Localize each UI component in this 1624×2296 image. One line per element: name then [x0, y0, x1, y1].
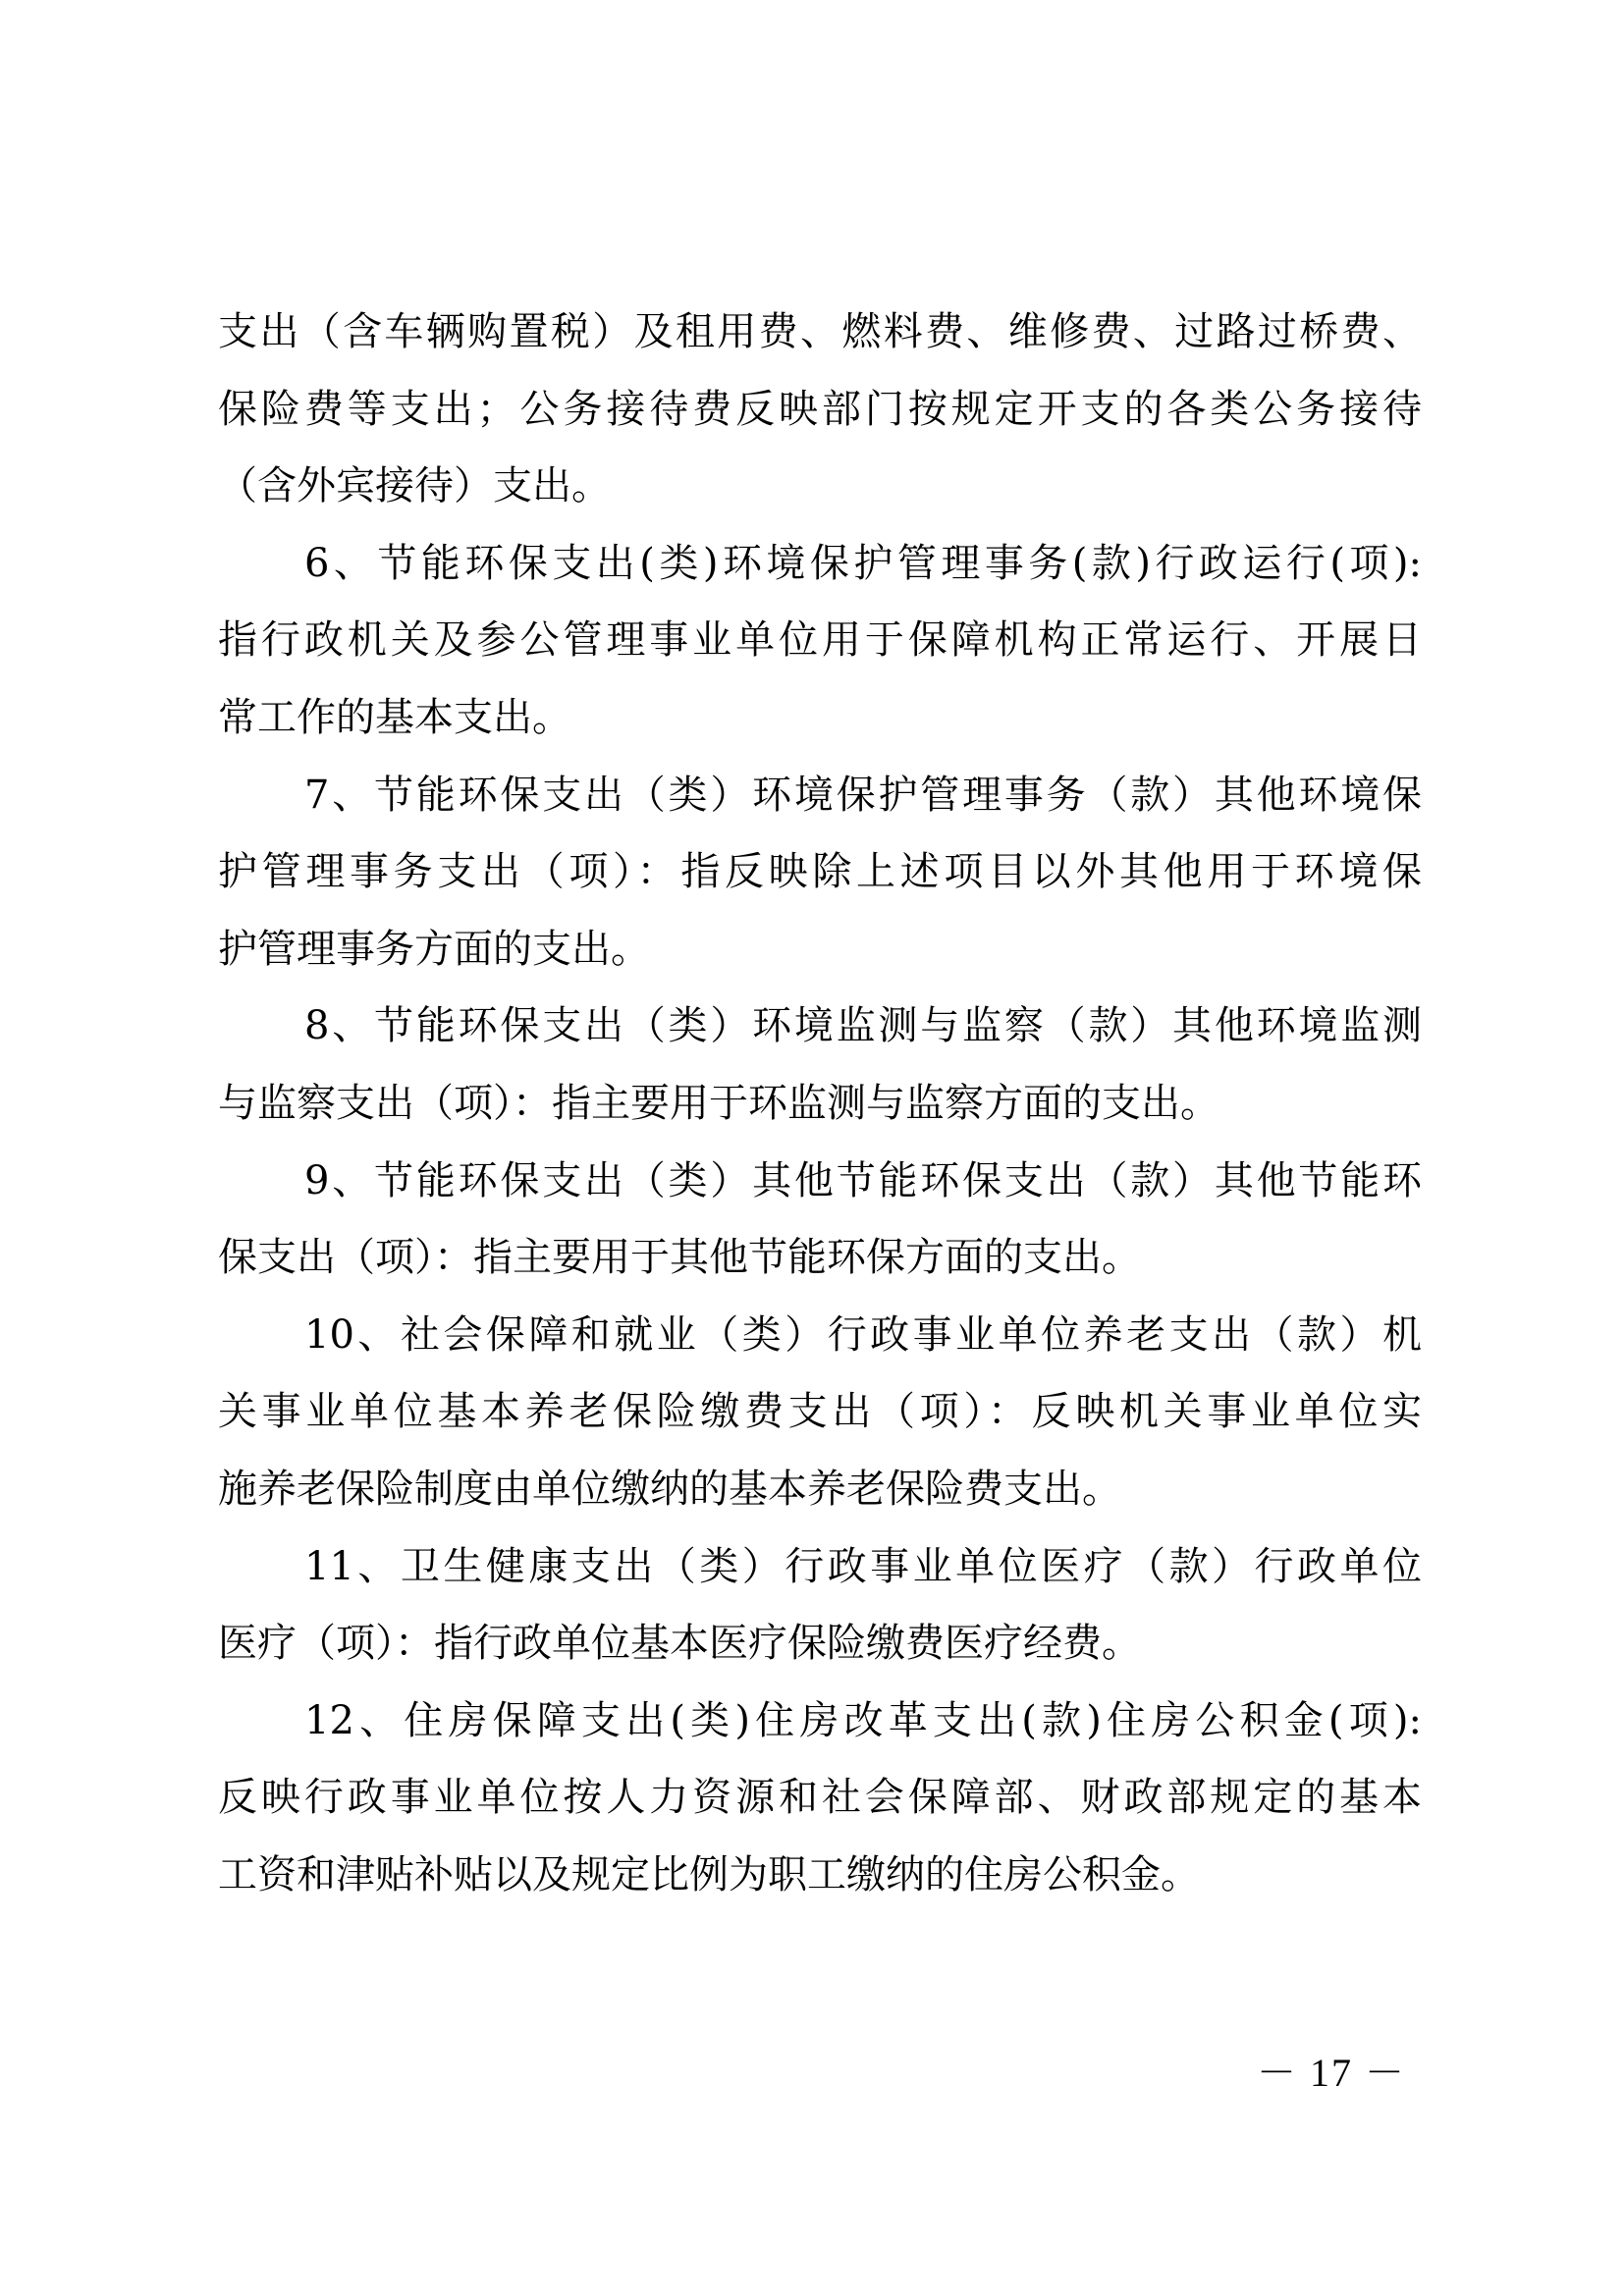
paragraph-item-7: 7、节能环保支出（类）环境保护管理事务（款）其他环境保 护管理事务支出（项）：指…	[218, 766, 1422, 997]
text-line: 与监察支出（项）：指主要用于环监测与监察方面的支出。	[218, 1074, 1422, 1151]
text-line: 护管理事务支出（项）：指反映除上述项目以外其他用于环境保	[218, 842, 1422, 920]
paragraph-item-10: 10、社会保障和就业（类）行政事业单位养老支出（款）机 关事业单位基本养老保险缴…	[218, 1306, 1422, 1537]
paragraph-item-9: 9、节能环保支出（类）其他节能环保支出（款）其他节能环 保支出（项）：指主要用于…	[218, 1151, 1422, 1306]
text-line: 保险费等支出；公务接待费反映部门按规定开支的各类公务接待	[218, 380, 1422, 457]
text-line: 保支出（项）：指主要用于其他节能环保方面的支出。	[218, 1228, 1422, 1306]
text-line: 支出（含车辆购置税）及租用费、燃料费、维修费、过路过桥费、	[218, 302, 1422, 380]
text-line: 10、社会保障和就业（类）行政事业单位养老支出（款）机	[218, 1306, 1422, 1383]
text-line: 6、节能环保支出(类)环境保护管理事务(款)行政运行(项):	[218, 534, 1422, 612]
text-line: 11、卫生健康支出（类）行政事业单位医疗（款）行政单位	[218, 1537, 1422, 1615]
text-line: 8、节能环保支出（类）环境监测与监察（款）其他环境监测	[218, 996, 1422, 1074]
text-line: 指行政机关及参公管理事业单位用于保障机构正常运行、开展日	[218, 611, 1422, 688]
text-line: 9、节能环保支出（类）其他节能环保支出（款）其他节能环	[218, 1151, 1422, 1229]
body-text: 支出（含车辆购置税）及租用费、燃料费、维修费、过路过桥费、 保险费等支出；公务接…	[218, 302, 1422, 1922]
paragraph-item-6: 6、节能环保支出(类)环境保护管理事务(款)行政运行(项): 指行政机关及参公管…	[218, 534, 1422, 766]
text-line: 12、住房保障支出(类)住房改革支出(款)住房公积金(项):	[218, 1691, 1422, 1769]
text-line: 7、节能环保支出（类）环境保护管理事务（款）其他环境保	[218, 766, 1422, 843]
text-line: 关事业单位基本养老保险缴费支出（项）：反映机关事业单位实	[218, 1382, 1422, 1460]
page-number: － 17 －	[1257, 2042, 1394, 2098]
paragraph-item-12: 12、住房保障支出(类)住房改革支出(款)住房公积金(项): 反映行政事业单位按…	[218, 1691, 1422, 1923]
text-line: 医疗（项）：指行政单位基本医疗保险缴费医疗经费。	[218, 1614, 1422, 1691]
text-line: 护管理事务方面的支出。	[218, 920, 1422, 997]
text-line: （含外宾接待）支出。	[218, 456, 1422, 534]
paragraph-continued: 支出（含车辆购置税）及租用费、燃料费、维修费、过路过桥费、 保险费等支出；公务接…	[218, 302, 1422, 534]
document-page: 支出（含车辆购置税）及租用费、燃料费、维修费、过路过桥费、 保险费等支出；公务接…	[0, 0, 1624, 2296]
text-line: 反映行政事业单位按人力资源和社会保障部、财政部规定的基本	[218, 1768, 1422, 1845]
paragraph-item-8: 8、节能环保支出（类）环境监测与监察（款）其他环境监测 与监察支出（项）：指主要…	[218, 996, 1422, 1150]
text-line: 施养老保险制度由单位缴纳的基本养老保险费支出。	[218, 1460, 1422, 1537]
text-line: 常工作的基本支出。	[218, 688, 1422, 766]
text-line: 工资和津贴补贴以及规定比例为职工缴纳的住房公积金。	[218, 1845, 1422, 1923]
paragraph-item-11: 11、卫生健康支出（类）行政事业单位医疗（款）行政单位 医疗（项）：指行政单位基…	[218, 1537, 1422, 1691]
